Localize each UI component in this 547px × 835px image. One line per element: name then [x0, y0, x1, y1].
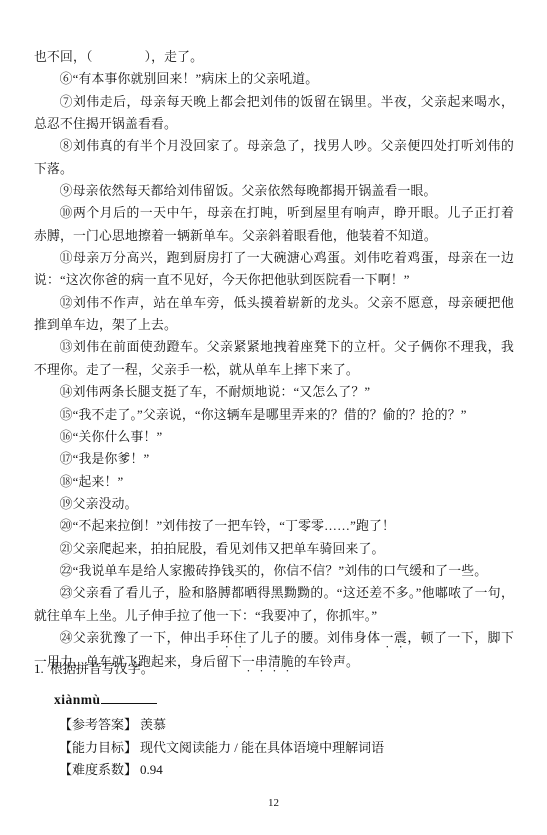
passage-paragraph: ⑪母亲万分高兴，跑到厨房打了一大碗溏心鸡蛋。刘伟吃着鸡蛋，母亲在一边说：“这次你… [34, 247, 514, 292]
passage-paragraph: ⑮“我不走了。”父亲说，“你这辆车是哪里弄来的？借的？偷的？抢的？” [34, 404, 514, 426]
passage: 也不回，（ ），走了。⑥“有本事你就别回来！”病床上的父亲吼道。⑦刘伟走后，母亲… [34, 46, 514, 675]
question-prompt: 根据拼音写汉字。 [50, 661, 154, 676]
question-prompt-line: 1.根据拼音写汉字。 [34, 658, 514, 680]
passage-paragraph: ㉓父亲看了看儿子，脸和胳膊都晒得黑黝黝的。“这还差不多。”他嘟哝了一句，就往单车… [34, 582, 514, 627]
passage-paragraph: ⑱“起来！” [34, 471, 514, 493]
passage-paragraph: ⑯“关你什么事！” [34, 426, 514, 448]
passage-paragraph: ⑥“有本事你就别回来！”病床上的父亲吼道。 [34, 68, 514, 90]
difficulty-line: 【难度系数】0.94 [59, 759, 514, 781]
answer-blank-line [101, 690, 157, 704]
paragraph-text: ⑮“我不走了。”父亲说，“你这辆车是哪里弄来的？借的？偷的？抢的？” [60, 408, 467, 422]
reference-answer-line: 【参考答案】羡慕 [59, 714, 514, 736]
paragraph-text: ⑨母亲依然每天都给刘伟留饭。父亲依然每晚都揭开锅盖看一眼。 [60, 184, 437, 198]
passage-paragraph: ㉑父亲爬起来，拍拍屁股，看见刘伟又把单车骑回来了。 [34, 538, 514, 560]
paragraph-text: ⑬刘伟在前面使劲蹬车。父亲紧紧地拽着座凳下的立杆。父子俩你不理我，我不理你。走了… [34, 340, 514, 376]
paragraph-text: 了儿子的腰。刘伟身体 [247, 631, 381, 645]
difficulty-value: 0.94 [140, 762, 163, 777]
passage-paragraph: ⑫刘伟不作声，站在单车旁，低头摸着崭新的龙头。父亲不愿意，母亲硬把他推到单车边，… [34, 292, 514, 337]
difficulty-label: 【难度系数】 [59, 762, 137, 777]
passage-paragraph: ⑳“不起来拉倒！”刘伟按了一把车铃，“丁零零……”跑了！ [34, 515, 514, 537]
passage-paragraph: ⑨母亲依然每天都给刘伟留饭。父亲依然每晚都揭开锅盖看一眼。 [34, 180, 514, 202]
paragraph-text: ⑯“关你什么事！” [60, 430, 163, 444]
passage-paragraph: ⑰“我是你爹！” [34, 448, 514, 470]
pinyin-line: xiànmù [54, 689, 514, 711]
passage-paragraph: ㉒“我说单车是给人家搬砖挣钱买的，你信不信？”刘伟的口气缓和了一些。 [34, 560, 514, 582]
paragraph-text: ⑲父亲没动。 [60, 497, 138, 511]
passage-paragraph: ⑩两个月后的一天中午，母亲在打盹，听到屋里有响声，睁开眼。儿子正打着赤膊，一门心… [34, 202, 514, 247]
paragraph-text: ㉑父亲爬起来，拍拍屁股，看见刘伟又把单车骑回来了。 [60, 542, 385, 556]
paragraph-text: ⑦刘伟走后，母亲每天晚上都会把刘伟的饭留在锅里。半夜，父亲起来喝水，总忍不住揭开… [34, 95, 514, 131]
page-number: 12 [0, 797, 547, 809]
paragraph-text: ㉓父亲看了看儿子，脸和胳膊都晒得黑黝黝的。“这还差不多。”他嘟哝了一句，就往单车… [34, 586, 514, 622]
paragraph-text: ⑥“有本事你就别回来！”病床上的父亲吼道。 [60, 72, 319, 86]
passage-paragraph: ⑬刘伟在前面使劲蹬车。父亲紧紧地拽着座凳下的立杆。父子俩你不理我，我不理你。走了… [34, 336, 514, 381]
reference-answer-label: 【参考答案】 [59, 717, 137, 732]
paragraph-text: ⑰“我是你爹！” [60, 452, 150, 466]
paragraph-text: ㉒“我说单车是给人家搬砖挣钱买的，你信不信？”刘伟的口气缓和了一些。 [60, 564, 488, 578]
ability-goal-text: 现代文阅读能力 / 能在具体语境中理解词语 [140, 740, 384, 755]
emphasized-text: 环住 [220, 631, 247, 645]
passage-paragraph: 也不回，（ ），走了。 [34, 46, 514, 68]
paragraph-text: ⑩两个月后的一天中午，母亲在打盹，听到屋里有响声，睁开眼。儿子正打着赤膊，一门心… [34, 206, 514, 242]
paragraph-text: ⑭刘伟两条长腿支挺了车，不耐烦地说：“又怎么了？” [60, 385, 371, 399]
passage-paragraph: ⑦刘伟走后，母亲每天晚上都会把刘伟的饭留在锅里。半夜，父亲起来喝水，总忍不住揭开… [34, 91, 514, 136]
paragraph-text: ⑱“起来！” [60, 475, 124, 489]
document-page: 也不回，（ ），走了。⑥“有本事你就别回来！”病床上的父亲吼道。⑦刘伟走后，母亲… [0, 0, 547, 835]
paragraph-text: ⑳“不起来拉倒！”刘伟按了一把车铃，“丁零零……”跑了！ [60, 519, 395, 533]
question-1: 1.根据拼音写汉字。 xiànmù 【参考答案】羡慕 【能力目标】现代文阅读能力… [34, 658, 514, 781]
passage-paragraph: ⑲父亲没动。 [34, 493, 514, 515]
question-number: 1. [34, 661, 44, 676]
reference-answer-text: 羡慕 [140, 717, 166, 732]
ability-goal-label: 【能力目标】 [59, 740, 137, 755]
paragraph-text: ⑫刘伟不作声，站在单车旁，低头摸着崭新的龙头。父亲不愿意，母亲硬把他推到单车边，… [34, 296, 514, 332]
passage-paragraph: ⑧刘伟真的有半个月没回家了。母亲急了，找男人吵。父亲便四处打听刘伟的下落。 [34, 135, 514, 180]
paragraph-text: ㉔父亲犹豫了一下，伸出手 [60, 631, 221, 645]
passage-paragraph: ⑭刘伟两条长腿支挺了车，不耐烦地说：“又怎么了？” [34, 381, 514, 403]
paragraph-text: 也不回，（ ），走了。 [34, 50, 203, 64]
paragraph-text: ⑪母亲万分高兴，跑到厨房打了一大碗溏心鸡蛋。刘伟吃着鸡蛋，母亲在一边说：“这次你… [34, 251, 514, 287]
paragraph-text: ⑧刘伟真的有半个月没回家了。母亲急了，找男人吵。父亲便四处打听刘伟的下落。 [34, 139, 514, 175]
ability-goal-line: 【能力目标】现代文阅读能力 / 能在具体语境中理解词语 [59, 737, 514, 759]
pinyin-text: xiànmù [54, 692, 101, 707]
emphasized-text: 一震 [381, 631, 408, 645]
